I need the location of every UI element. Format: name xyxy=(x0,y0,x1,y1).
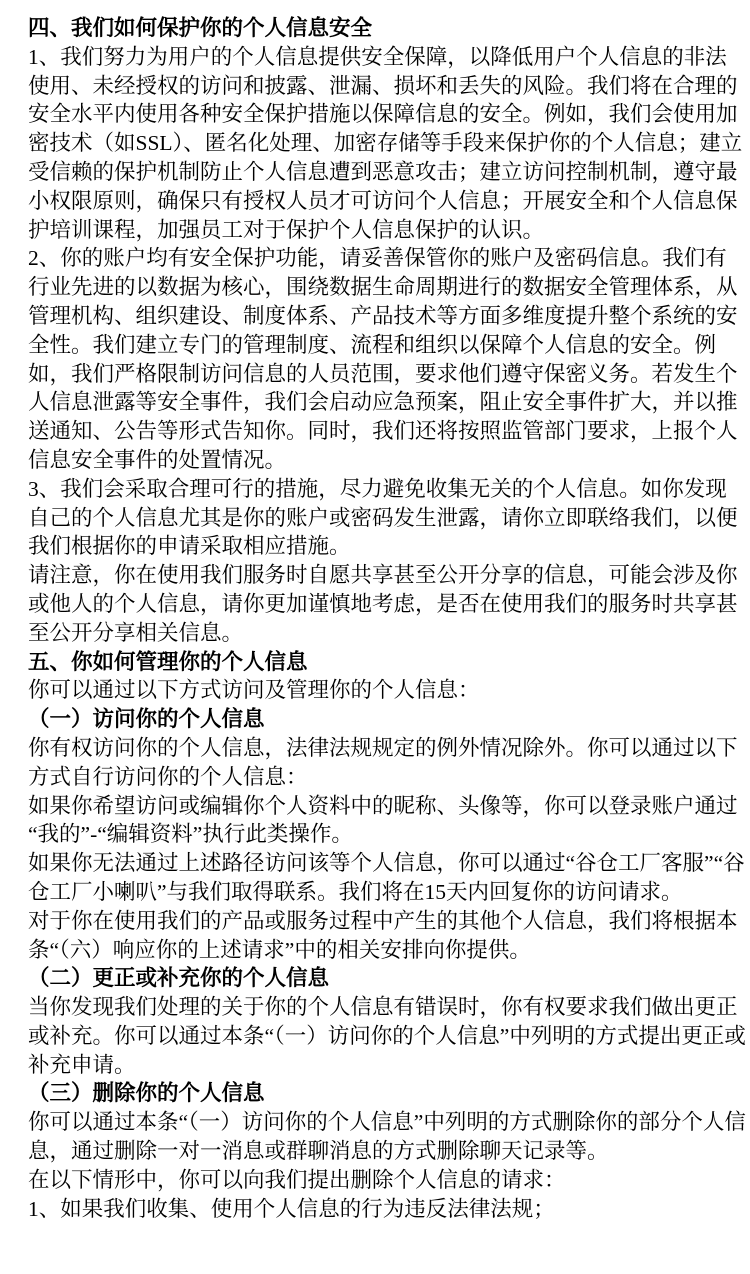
privacy-policy-document: 四、我们如何保护你的个人信息安全 1、我们努力为用户的个人信息提供安全保障，以降… xyxy=(0,0,750,1223)
paragraph-account-protection: 2、你的账户均有安全保护功能，请妥善保管你的账户及密码信息。我们有行业先进的以数… xyxy=(28,244,746,474)
paragraph-reasonable-measures: 3、我们会采取合理可行的措施，尽力避免收集无关的个人信息。如你发现自己的个人信息… xyxy=(28,475,746,561)
paragraph-other-info-request: 对于你在使用我们的产品或服务过程中产生的其他个人信息，我们将根据本条“（六）响应… xyxy=(28,907,746,965)
subheading-1-access-info: （一）访问你的个人信息 xyxy=(28,705,746,734)
subheading-3-delete-info: （三）删除你的个人信息 xyxy=(28,1079,746,1108)
paragraph-access-right: 你有权访问你的个人信息，法律法规规定的例外情况除外。你可以通过以下方式自行访问你… xyxy=(28,734,746,792)
paragraph-correction-request: 当你发现我们处理的关于你的个人信息有错误时，你有权要求我们做出更正或补充。你可以… xyxy=(28,993,746,1079)
subheading-2-correct-info: （二）更正或补充你的个人信息 xyxy=(28,964,746,993)
paragraph-delete-conditions-intro: 在以下情形中，你可以向我们提出删除个人信息的请求： xyxy=(28,1166,746,1195)
paragraph-edit-profile: 如果你希望访问或编辑你个人资料中的昵称、头像等，你可以登录账户通过“我的”-“编… xyxy=(28,792,746,850)
paragraph-delete-method: 你可以通过本条“（一）访问你的个人信息”中列明的方式删除你的部分个人信息，通过删… xyxy=(28,1108,746,1166)
section-heading-4-protect-info: 四、我们如何保护你的个人信息安全 xyxy=(28,14,746,43)
section-heading-5-manage-info: 五、你如何管理你的个人信息 xyxy=(28,648,746,677)
paragraph-delete-condition-1: 1、如果我们收集、使用个人信息的行为违反法律法规； xyxy=(28,1195,746,1224)
paragraph-manage-intro: 你可以通过以下方式访问及管理你的个人信息： xyxy=(28,676,746,705)
paragraph-security-measures: 1、我们努力为用户的个人信息提供安全保障，以降低用户个人信息的非法使用、未经授权… xyxy=(28,43,746,245)
paragraph-contact-support: 如果你无法通过上述路径访问该等个人信息，你可以通过“谷仓工厂客服”“谷仓工厂小喇… xyxy=(28,849,746,907)
paragraph-sharing-notice: 请注意，你在使用我们服务时自愿共享甚至公开分享的信息，可能会涉及你或他人的个人信… xyxy=(28,561,746,647)
